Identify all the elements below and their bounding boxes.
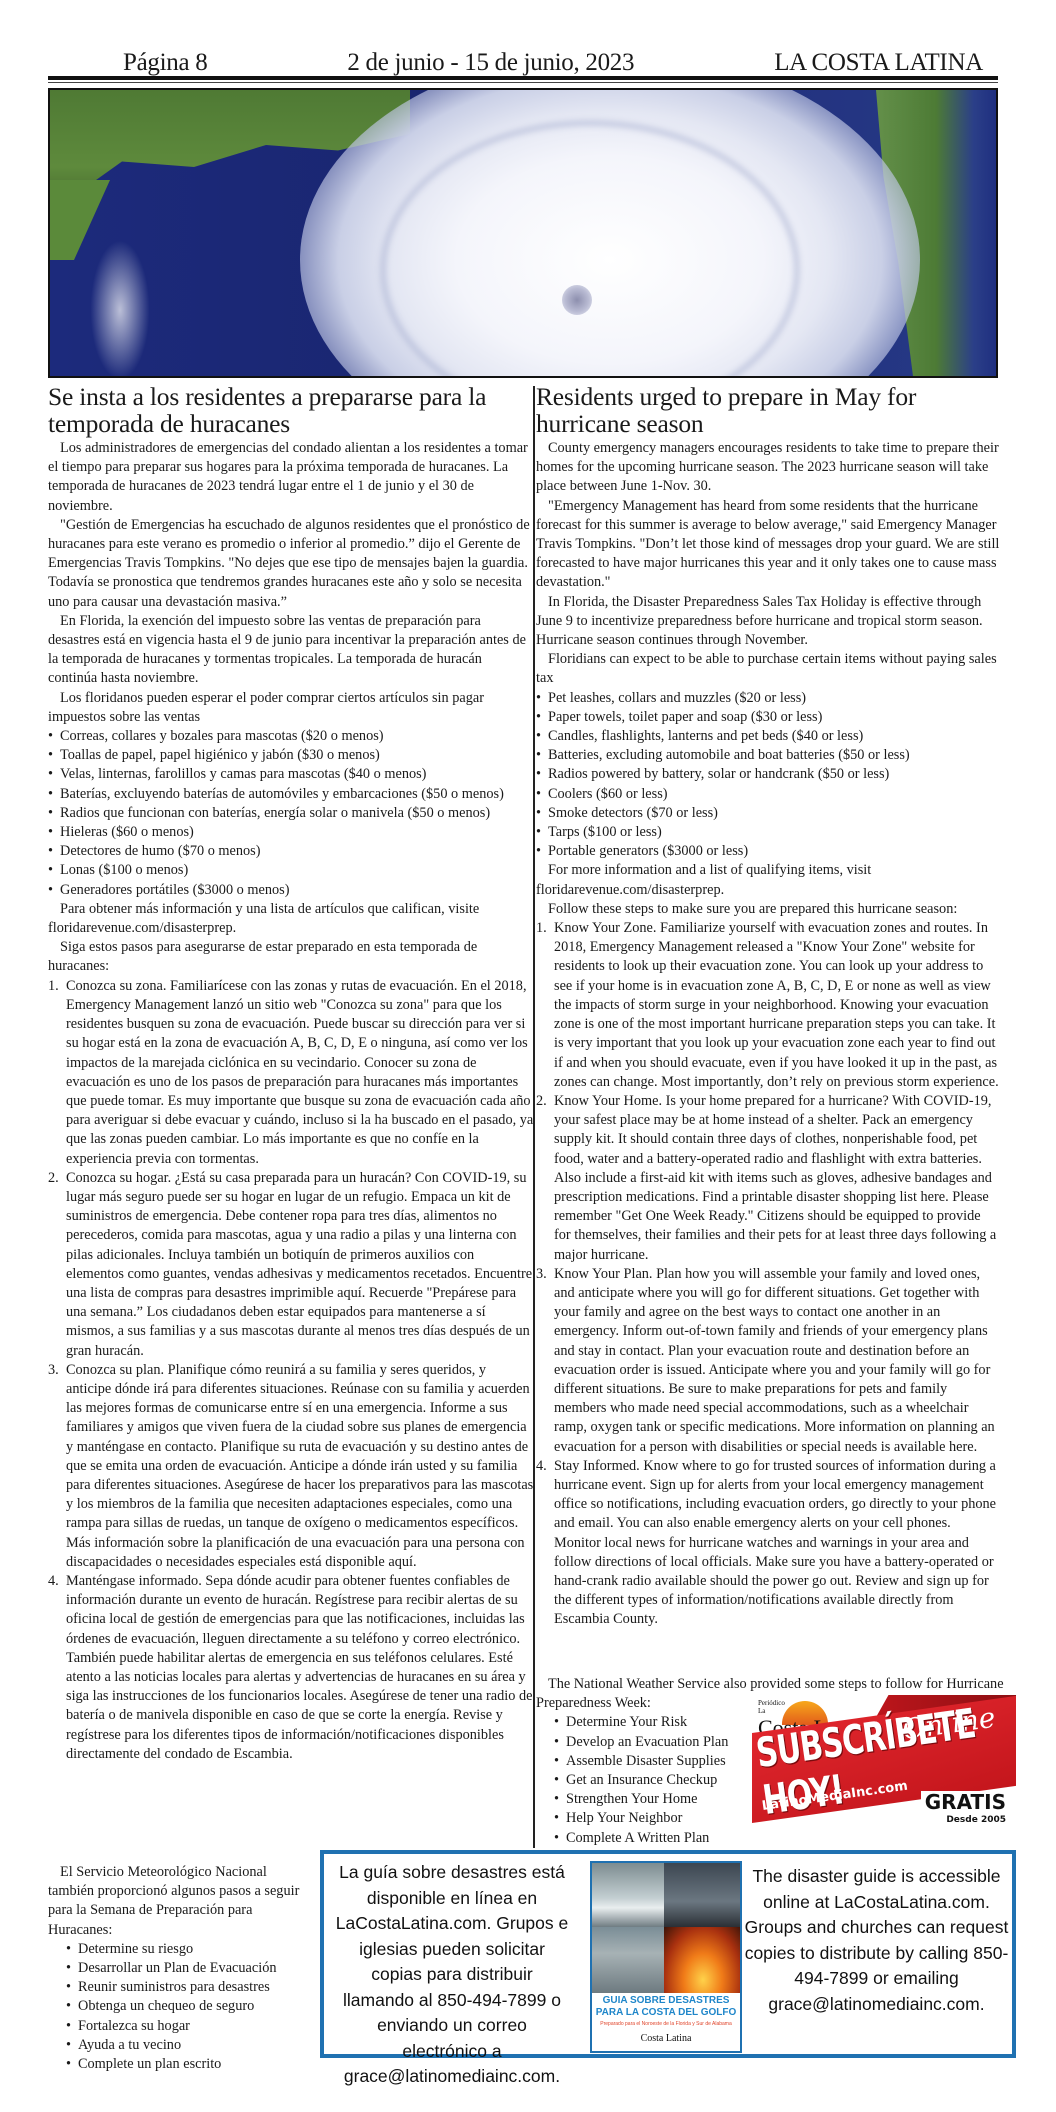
nws-intro: El Servicio Meteorológico Nacional tambi… bbox=[48, 1863, 308, 1940]
step-item: 1.Know Your Zone. Familiarize yourself w… bbox=[536, 919, 1000, 1092]
list-item: Portable generators ($3000 or less) bbox=[536, 842, 1000, 861]
steps-intro: Follow these steps to make sure you are … bbox=[536, 900, 1000, 919]
page-number: Página 8 bbox=[123, 48, 207, 78]
list-item: Fortalezca su hogar bbox=[66, 2017, 308, 2036]
guide-spanish-text: La guía sobre desastres está disponible … bbox=[334, 1860, 570, 2090]
preparation-steps: 1.Conozca su zona. Familiarícese con las… bbox=[48, 977, 534, 1764]
step-number: 1. bbox=[48, 977, 59, 996]
paragraph: "Gestión de Emergencias ha escuchado de … bbox=[48, 516, 534, 612]
step-item: 2.Conozca su hogar. ¿Está su casa prepar… bbox=[48, 1169, 534, 1361]
steps-intro: Siga estos pasos para asegurarse de esta… bbox=[48, 938, 534, 976]
masthead-rule bbox=[48, 76, 998, 80]
step-text: Conozca su plan. Planifique cómo reunirá… bbox=[66, 1362, 533, 1570]
list-item: Lonas ($100 o menos) bbox=[48, 861, 534, 880]
list-item: Correas, collares y bozales para mascota… bbox=[48, 727, 534, 746]
step-item: 3.Conozca su plan. Planifique cómo reuni… bbox=[48, 1361, 534, 1572]
wildfire-photo bbox=[664, 1927, 742, 1993]
list-item: Desarrollar un Plan de Evacuación bbox=[66, 1959, 308, 1978]
preparation-steps: 1.Know Your Zone. Familiarize yourself w… bbox=[536, 919, 1000, 1630]
list-item: Velas, linternas, farolillos y camas par… bbox=[48, 765, 534, 784]
step-text: Know Your Home. Is your home prepared fo… bbox=[554, 1093, 996, 1263]
list-item: Hieleras ($60 o menos) bbox=[48, 823, 534, 842]
list-item: Candles, flashlights, lanterns and pet b… bbox=[536, 727, 1000, 746]
subscribe-ad[interactable]: Periódico La Costa Latina Bilingual News… bbox=[752, 1695, 1016, 1827]
list-item: Obtenga un chequeo de seguro bbox=[66, 1997, 308, 2016]
nws-steps-list: Determine su riesgo Desarrollar un Plan … bbox=[48, 1940, 308, 2074]
list-item: Smoke detectors ($70 or less) bbox=[536, 804, 1000, 823]
cover-logo: Costa Latina bbox=[592, 2033, 740, 2044]
list-item: Batteries, excluding automobile and boat… bbox=[536, 746, 1000, 765]
step-number: 4. bbox=[48, 1572, 59, 1591]
tax-free-items-list: Correas, collares y bozales para mascota… bbox=[48, 727, 534, 900]
tornado-photo bbox=[664, 1863, 742, 1927]
list-item: Toallas de papel, papel higiénico y jabó… bbox=[48, 746, 534, 765]
list-item: Generadores portátiles ($3000 o menos) bbox=[48, 881, 534, 900]
paragraph: Floridians can expect to be able to purc… bbox=[536, 650, 1000, 688]
step-number: 3. bbox=[536, 1265, 547, 1284]
list-item: Complete un plan escrito bbox=[66, 2055, 308, 2074]
more-info-paragraph: For more information and a list of quali… bbox=[536, 861, 1000, 899]
english-headline: Residents urged to prepare in May for hu… bbox=[536, 383, 1000, 437]
paragraph: Los floridanos pueden esperar el poder c… bbox=[48, 689, 534, 727]
list-item: Detectores de humo ($70 o menos) bbox=[48, 842, 534, 861]
paragraph: County emergency managers encourages res… bbox=[536, 439, 1000, 497]
paragraph: In Florida, the Disaster Preparedness Sa… bbox=[536, 593, 1000, 651]
more-info-paragraph: Para obtener más información y una lista… bbox=[48, 900, 534, 938]
step-text: Manténgase informado. Sepa dónde acudir … bbox=[66, 1573, 533, 1762]
paragraph: En Florida, la exención del impuesto sob… bbox=[48, 612, 534, 689]
step-number: 1. bbox=[536, 919, 547, 938]
step-item: 4.Stay Informed. Know where to go for tr… bbox=[536, 1457, 1000, 1630]
step-number: 4. bbox=[536, 1457, 547, 1476]
spanish-article: Se insta a los residentes a prepararse p… bbox=[48, 383, 534, 1764]
list-item: Ayuda a tu vecino bbox=[66, 2036, 308, 2055]
step-item: 1.Conozca su zona. Familiarícese con las… bbox=[48, 977, 534, 1169]
step-item: 3.Know Your Plan. Plan how you will asse… bbox=[536, 1265, 1000, 1457]
ad-since: Desde 2005 bbox=[946, 1815, 1006, 1825]
cover-subtitle: Preparado para el Noroeste de la Florida… bbox=[592, 2021, 740, 2028]
cover-title-line1: GUIA SOBRE DESASTRES bbox=[592, 1995, 740, 2007]
step-number: 2. bbox=[536, 1092, 547, 1111]
flood-photo bbox=[592, 1927, 664, 1993]
list-item: Radios que funcionan con baterías, energ… bbox=[48, 804, 534, 823]
masthead-rule-thin bbox=[48, 82, 998, 83]
step-text: Conozca su hogar. ¿Está su casa preparad… bbox=[66, 1170, 532, 1359]
list-item: Reunir suministros para desastres bbox=[66, 1978, 308, 1997]
step-text: Stay Informed. Know where to go for trus… bbox=[554, 1458, 996, 1628]
guide-english-text: The disaster guide is accessible online … bbox=[744, 1864, 1009, 2017]
step-number: 2. bbox=[48, 1169, 59, 1188]
ad-gratis-badge: GRATIS bbox=[921, 1791, 1010, 1813]
list-item: Coolers ($60 or less) bbox=[536, 785, 1000, 804]
cover-title-line2: PARA LA COSTA DEL GOLFO bbox=[592, 2007, 740, 2019]
cover-title: GUIA SOBRE DESASTRES PARA LA COSTA DEL G… bbox=[592, 1995, 740, 2019]
list-item: Complete A Written Plan bbox=[554, 1829, 826, 1848]
masthead: Página 8 2 de junio - 15 de junio, 2023 … bbox=[48, 38, 998, 78]
step-text: Know Your Plan. Plan how you will assemb… bbox=[554, 1266, 995, 1455]
hurricane-satellite-image bbox=[48, 88, 998, 378]
list-item: Pet leashes, collars and muzzles ($20 or… bbox=[536, 689, 1000, 708]
step-item: 4.Manténgase informado. Sepa dónde acudi… bbox=[48, 1572, 534, 1764]
spanish-nws-section: El Servicio Meteorológico Nacional tambi… bbox=[48, 1863, 308, 2074]
step-text: Conozca su zona. Familiarícese con las z… bbox=[66, 978, 533, 1167]
tax-free-items-list: Pet leashes, collars and muzzles ($20 or… bbox=[536, 689, 1000, 862]
spanish-headline: Se insta a los residentes a prepararse p… bbox=[48, 383, 534, 437]
list-item: Baterías, excluyendo baterías de automóv… bbox=[48, 785, 534, 804]
english-article: Residents urged to prepare in May for hu… bbox=[536, 383, 1000, 1630]
paragraph: Los administradores de emergencias del c… bbox=[48, 439, 534, 516]
guide-cover-image: GUIA SOBRE DESASTRES PARA LA COSTA DEL G… bbox=[590, 1861, 742, 2053]
publication-name: LA COSTA LATINA bbox=[774, 48, 983, 78]
storm-surge-photo bbox=[592, 1863, 664, 1927]
logo-periodico: Periódico bbox=[758, 1699, 870, 1707]
hurricane-eye bbox=[562, 285, 592, 315]
logo-la: La bbox=[758, 1707, 870, 1715]
step-item: 2.Know Your Home. Is your home prepared … bbox=[536, 1092, 1000, 1265]
list-item: Paper towels, toilet paper and soap ($30… bbox=[536, 708, 1000, 727]
paragraph: "Emergency Management has heard from som… bbox=[536, 497, 1000, 593]
disaster-guide-box: La guía sobre desastres está disponible … bbox=[320, 1850, 1016, 2058]
list-item: Determine su riesgo bbox=[66, 1940, 308, 1959]
cloud-wisp bbox=[90, 240, 150, 378]
list-item: Tarps ($100 or less) bbox=[536, 823, 1000, 842]
step-number: 3. bbox=[48, 1361, 59, 1380]
list-item: Radios powered by battery, solar or hand… bbox=[536, 765, 1000, 784]
issue-dates: 2 de junio - 15 de junio, 2023 bbox=[347, 48, 634, 78]
step-text: Know Your Zone. Familiarize yourself wit… bbox=[554, 920, 999, 1090]
